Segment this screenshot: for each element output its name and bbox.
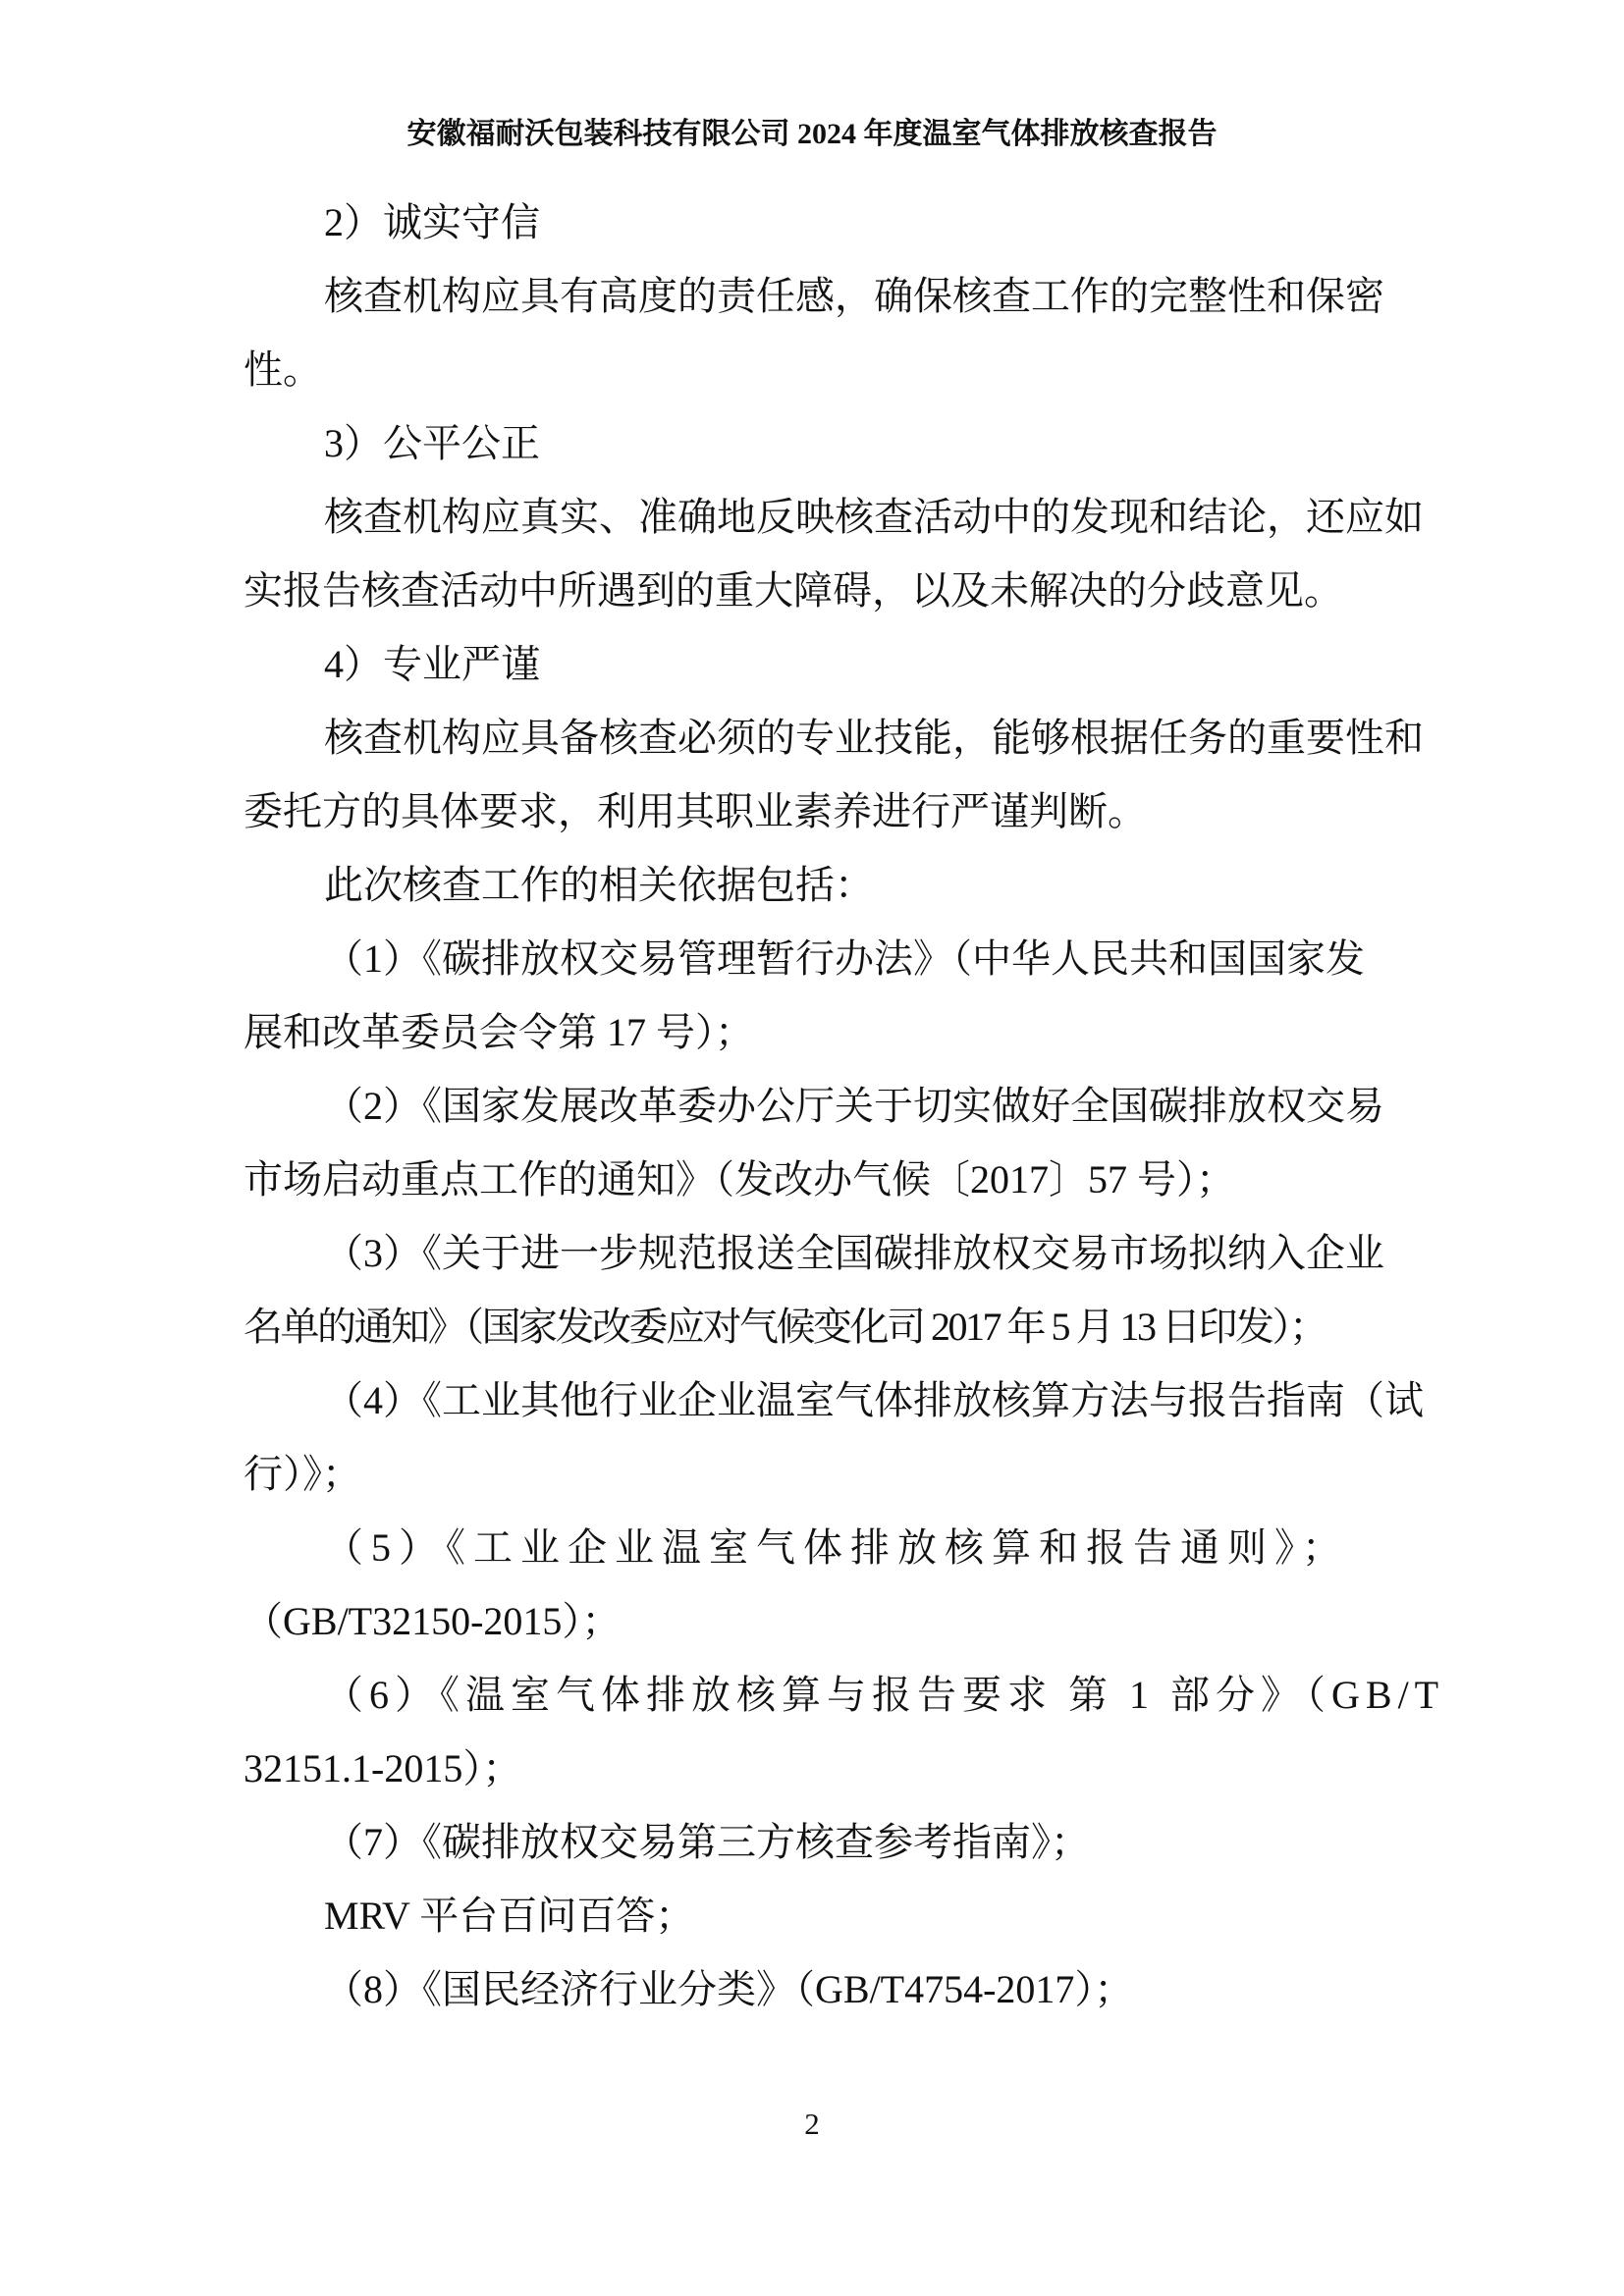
text-line: （4）《工业其他行业企业温室气体排放核算方法与报告指南（试 [244, 1363, 1382, 1437]
text-line: 核查机构应真实、准确地反映核查活动中的发现和结论，还应如 [244, 480, 1382, 554]
text-line: 3）公平公正 [244, 406, 1382, 480]
text-line: （8）《国民经济行业分类》（GB/T4754-2017）； [244, 1952, 1382, 2026]
document-page: 安徽福耐沃包装科技有限公司 2024 年度温室气体排放核查报告 2）诚实守信核查… [0, 0, 1624, 2296]
text-line: （2）《国家发展改革委办公厅关于切实做好全国碳排放权交易 [244, 1069, 1382, 1143]
text-line: （GB/T32150-2015）； [244, 1584, 1382, 1658]
text-line: 4）专业严谨 [244, 627, 1382, 701]
text-line: 此次核查工作的相关依据包括： [244, 848, 1382, 922]
text-line: 2）诚实守信 [244, 186, 1382, 259]
text-line: 名单的通知》（国家发改委应对气候变化司 2017 年 5 月 13 日印发）； [244, 1290, 1382, 1363]
text-line: 委托方的具体要求，利用其职业素养进行严谨判断。 [244, 774, 1382, 848]
page-header-title: 安徽福耐沃包装科技有限公司 2024 年度温室气体排放核查报告 [0, 116, 1624, 153]
text-line: 性。 [244, 333, 1382, 406]
text-line: 市场启动重点工作的通知》（发改办气候〔2017〕57 号）； [244, 1143, 1382, 1216]
text-line: （6）《温室气体排放核算与报告要求 第 1 部分》（GB/T [244, 1658, 1382, 1732]
text-line: （3）《关于进一步规范报送全国碳排放权交易市场拟纳入企业 [244, 1216, 1382, 1290]
text-line: （7）《碳排放权交易第三方核查参考指南》； [244, 1805, 1382, 1879]
text-line: 展和改革委员会令第 17 号）； [244, 995, 1382, 1069]
text-line: 行）》； [244, 1437, 1382, 1511]
text-line: 核查机构应具有高度的责任感，确保核查工作的完整性和保密 [244, 259, 1382, 333]
text-line: MRV 平台百问百答； [244, 1879, 1382, 1952]
text-line: 32151.1-2015）； [244, 1732, 1382, 1805]
text-line: （1）《碳排放权交易管理暂行办法》（中华人民共和国国家发 [244, 922, 1382, 995]
text-line: （5）《工业企业温室气体排放核算和报告通则》； [244, 1511, 1382, 1584]
text-line: 核查机构应具备核查必须的专业技能，能够根据任务的重要性和 [244, 701, 1382, 774]
text-line: 实报告核查活动中所遇到的重大障碍，以及未解决的分歧意见。 [244, 554, 1382, 627]
page-number: 2 [0, 2107, 1624, 2142]
document-body: 2）诚实守信核查机构应具有高度的责任感，确保核查工作的完整性和保密性。3）公平公… [244, 186, 1382, 2026]
